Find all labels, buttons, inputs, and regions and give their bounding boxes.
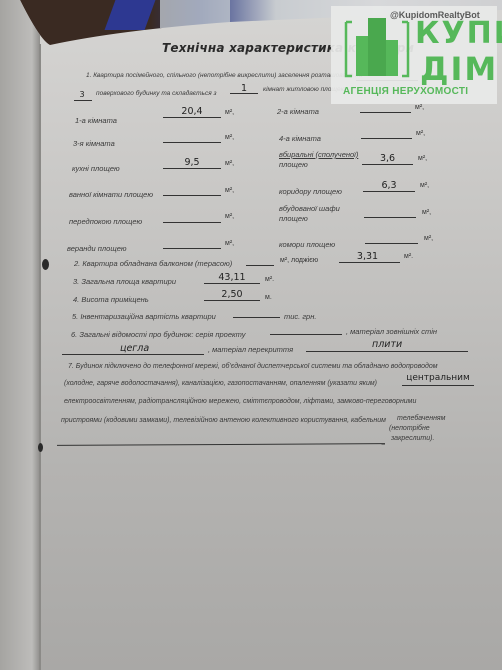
unit-label: м.	[265, 294, 272, 301]
field-line	[402, 385, 474, 386]
total-area: 43,11	[204, 272, 260, 283]
field-line	[163, 195, 221, 196]
item5-label: 5. Інвентаризаційна вартість квартири	[72, 312, 216, 321]
loggia-line	[339, 262, 400, 263]
field-line	[62, 354, 204, 355]
unit-label: м²,	[416, 130, 425, 137]
room1-area: 20,4	[163, 106, 221, 117]
field-line	[364, 217, 416, 218]
room-label: вбудованої шафи	[279, 204, 340, 213]
item1-text: 1. Квартира посімейного, спільного (непо…	[86, 72, 362, 79]
item4-label: 4. Висота приміщень	[73, 295, 149, 304]
field-line	[204, 300, 260, 301]
room-label: коридору площею	[279, 187, 342, 196]
watermark-tagline: АГЕНЦІЯ НЕРУХОМОСТІ	[343, 86, 468, 97]
room-label: ванної кімнати площею	[69, 190, 153, 199]
item3-label: 3. Загальна площа квартири	[73, 277, 176, 286]
unit-label: м².	[404, 253, 413, 260]
room-label: веранди площею	[67, 244, 127, 253]
unit-label: м²,	[225, 134, 234, 141]
field-line	[163, 168, 221, 169]
item7-line4b: телебаченням	[397, 415, 445, 422]
unit-label: м²,	[225, 213, 234, 220]
item7-note1: (непотрібне	[389, 425, 430, 432]
field-line	[233, 317, 280, 318]
item2-label: 2. Квартира обладнана балконом (терасою)	[74, 259, 232, 268]
field-line	[57, 443, 385, 446]
unit-label: м².	[265, 276, 274, 283]
room-label: передпокою площею	[69, 217, 142, 226]
unit-label: м²,	[424, 235, 433, 242]
room-label: 2-а кімната	[277, 107, 319, 116]
field-line	[361, 138, 412, 139]
item5-unit: тис. грн.	[284, 312, 316, 321]
field-line	[363, 191, 415, 192]
floors-material: плити	[372, 339, 402, 350]
room-label: вбиральні (сполученої)	[279, 150, 358, 159]
item7-line4: пристроями (кодовими замками), телевізій…	[61, 417, 386, 424]
balcony-line	[246, 265, 274, 266]
walls-material: цегла	[120, 343, 149, 354]
toilet-area: 3,6	[362, 153, 413, 164]
watermark-brand-line1: КУПИ	[415, 16, 502, 51]
building-logo-icon	[344, 14, 410, 78]
field-line	[365, 243, 418, 244]
room-label: 4-а кімната	[279, 134, 321, 143]
unit-label: м²,	[418, 155, 427, 162]
kitchen-area: 9,5	[163, 157, 221, 168]
field-line	[362, 164, 413, 165]
unit-label: м²,	[420, 182, 429, 189]
field-line	[306, 351, 468, 352]
item7-line3: електроосвітленням, радіотрансляційною м…	[64, 398, 416, 405]
room-label: площею	[279, 214, 308, 223]
ceiling-height: 2,50	[204, 289, 260, 300]
room-label: 3-я кімната	[73, 139, 115, 148]
room-label: комори площею	[279, 240, 335, 249]
room-label: 1-а кімната	[75, 116, 117, 125]
unit-label: м², лоджією	[280, 257, 318, 264]
room-label: площею	[279, 160, 308, 169]
field-line	[163, 222, 221, 223]
unit-label: м²,	[415, 104, 424, 111]
field-line	[163, 142, 221, 143]
unit-label: м²,	[225, 160, 234, 167]
unit-label: м²,	[422, 209, 431, 216]
field-line	[163, 117, 221, 118]
item6-label: 6. Загальні відомості про будинок: серія…	[71, 330, 245, 339]
storeys-line	[74, 100, 92, 101]
heating-type: центральним	[402, 373, 474, 383]
unit-label: м²,	[225, 187, 234, 194]
corridor-area: 6,3	[363, 180, 415, 191]
item7-line1: 7. Будинок підключено до телефонної мере…	[68, 363, 438, 370]
field-line	[163, 248, 221, 249]
unit-label: м²,	[225, 240, 234, 247]
field-line	[360, 112, 411, 113]
storeys-value: 3	[74, 90, 90, 99]
room-label: кухні площею	[72, 164, 120, 173]
loggia-area: 3,31	[345, 251, 390, 262]
item1-text-b: поверхового будинку та складається з	[96, 90, 217, 97]
item7-line2: (холодне, гаряче водопостачання), каналі…	[64, 380, 377, 387]
item6-floors-label: , матеріал перекриття	[208, 345, 293, 354]
field-line	[204, 283, 260, 284]
field-line	[270, 334, 342, 335]
item7-note2: закреслити).	[391, 435, 434, 442]
item6-walls-label: , матеріал зовнішніх стін	[346, 327, 437, 336]
unit-label: м²,	[225, 109, 234, 116]
rooms-value: 1	[232, 83, 256, 94]
watermark-brand-line2: ДІМ	[420, 50, 498, 88]
